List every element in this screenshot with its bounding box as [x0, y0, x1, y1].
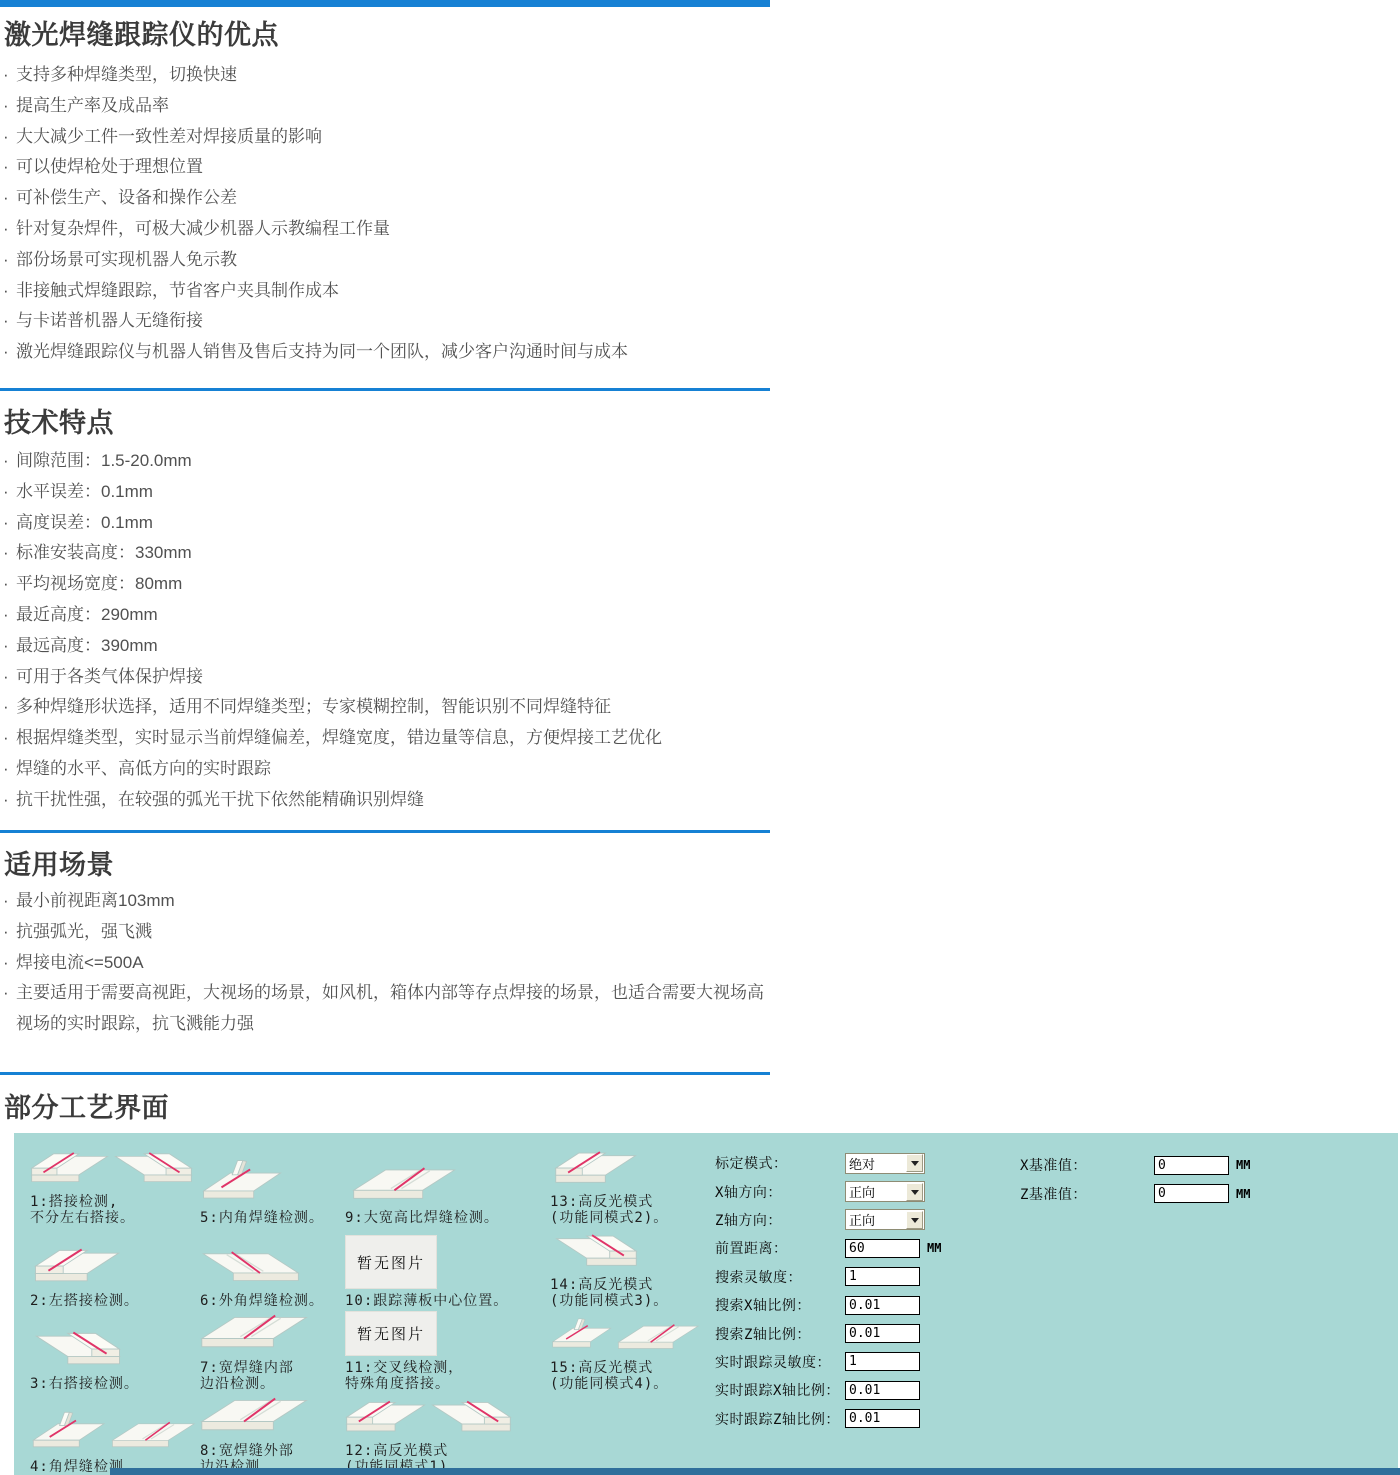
section-divider: [0, 388, 770, 391]
form-row: 前置距离： MM: [715, 1234, 941, 1262]
search-x-ratio-label: 搜索X轴比例：: [715, 1295, 845, 1315]
x-reference-label: X基准值：: [1020, 1155, 1154, 1175]
mode-column-2: 5:内角焊缝检测。 6:外角焊缝检测。 7:宽焊缝内部 边沿检测。 8:宽焊缝外…: [200, 1145, 345, 1475]
form-row: 标定模式： 绝对: [715, 1149, 941, 1177]
feature-item: 焊缝的水平、高低方向的实时跟踪: [2, 754, 772, 785]
weld-mode-item: 7:宽焊缝内部 边沿检测。: [200, 1311, 345, 1394]
feature-item: 多种焊缝形状选择，适用不同焊缝类型；专家模糊控制，智能识别不同焊缝特征: [2, 692, 772, 723]
search-sensitivity-input[interactable]: [845, 1267, 920, 1286]
weld-joint-thumbnail-icon: [200, 1156, 285, 1208]
unit-label: MM: [1236, 1158, 1250, 1172]
advantage-item: 针对复杂焊件，可极大减少机器人示教编程工作量: [2, 214, 772, 245]
feature-item: 标准安装高度：330mm: [2, 538, 772, 569]
form-row: 实时跟踪X轴比例：: [715, 1376, 941, 1404]
chevron-down-icon[interactable]: [906, 1183, 923, 1201]
section-divider: [0, 1072, 770, 1075]
advantage-item: 提高生产率及成品率: [2, 91, 772, 122]
mode-column-4: 13:高反光模式 (功能同模式2)。 14:高反光模式 (功能同模式3)。 15…: [550, 1145, 708, 1394]
weld-mode-item: 8:宽焊缝外部 边沿检测。: [200, 1394, 345, 1475]
weld-mode-item: 5:内角焊缝检测。: [200, 1145, 345, 1228]
advantages-list: 支持多种焊缝类型，切换快速 提高生产率及成品率 大大减少工件一致性差对焊接质量的…: [2, 60, 772, 368]
selected-value: 正向: [846, 1210, 905, 1229]
weld-mode-item: 暂无图片 10:跟踪薄板中心位置。: [345, 1228, 545, 1311]
search-sensitivity-label: 搜索灵敏度：: [715, 1267, 845, 1287]
weld-joint-thumbnail-icon: [30, 1407, 108, 1457]
no-image-placeholder: 暂无图片: [345, 1235, 437, 1289]
weld-joint-thumbnail-icon: [111, 1415, 197, 1457]
section-title-process-ui: 部分工艺界面: [4, 1086, 169, 1125]
feature-item: 可用于各类气体保护焊接: [2, 662, 772, 693]
weld-joint-thumbnail-icon: [200, 1391, 310, 1441]
weld-joint-thumbnail-icon: [430, 1395, 512, 1441]
scenario-item: 最小前视距离103mm: [2, 886, 772, 917]
mode-label: 2:左搭接检测。: [30, 1293, 198, 1309]
realtime-sensitivity-label: 实时跟踪灵敏度：: [715, 1352, 845, 1372]
scenario-item: 主要适用于需要高视距，大视场的场景，如风机，箱体内部等存点焊接的场景，也适合需要…: [2, 978, 772, 1040]
weld-joint-thumbnail-icon: [345, 1162, 465, 1208]
weld-joint-thumbnail-icon: [200, 1308, 310, 1358]
advantage-item: 部份场景可实现机器人免示教: [2, 245, 772, 276]
form-row: 实时跟踪Z轴比例：: [715, 1405, 941, 1433]
calibration-mode-label: 标定模式：: [715, 1153, 845, 1173]
x-axis-direction-label: X轴方向：: [715, 1182, 845, 1202]
unit-label: MM: [927, 1241, 941, 1255]
section-title-scenarios: 适用场景: [4, 843, 114, 882]
next-section-divider: [110, 1468, 1400, 1475]
weld-joint-thumbnail-icon: [550, 1312, 614, 1358]
search-x-ratio-input[interactable]: [845, 1296, 920, 1315]
feature-item: 最远高度：390mm: [2, 631, 772, 662]
lead-distance-label: 前置距离：: [715, 1238, 845, 1258]
advantage-item: 支持多种焊缝类型，切换快速: [2, 60, 772, 91]
search-z-ratio-label: 搜索Z轴比例：: [715, 1324, 845, 1344]
weld-mode-item: 2:左搭接检测。: [30, 1228, 198, 1311]
weld-mode-item: 9:大宽高比焊缝检测。: [345, 1145, 545, 1228]
weld-mode-item: 4:角焊缝检测。: [30, 1394, 198, 1475]
page: 激光焊缝跟踪仪的优点 支持多种焊缝类型，切换快速 提高生产率及成品率 大大减少工…: [0, 0, 1400, 1475]
scenarios-list: 最小前视距离103mm 抗强弧光，强飞溅 焊接电流<=500A 主要适用于需要高…: [2, 886, 772, 1040]
chevron-down-icon[interactable]: [906, 1211, 923, 1229]
form-row: 搜索Z轴比例：: [715, 1319, 941, 1347]
mode-label: 13:高反光模式 (功能同模式2)。: [550, 1194, 708, 1226]
z-axis-direction-label: Z轴方向：: [715, 1210, 845, 1230]
feature-item: 最近高度：290mm: [2, 600, 772, 631]
form-row: 实时跟踪灵敏度：: [715, 1348, 941, 1376]
weld-mode-item: 15:高反光模式 (功能同模式4)。: [550, 1311, 708, 1394]
weld-joint-thumbnail-icon: [113, 1146, 193, 1192]
weld-joint-thumbnail-icon: [617, 1318, 701, 1358]
form-row: X轴方向： 正向: [715, 1177, 941, 1205]
weld-joint-thumbnail-icon: [200, 1245, 300, 1291]
mode-label: 14:高反光模式 (功能同模式3)。: [550, 1277, 708, 1309]
x-axis-direction-select[interactable]: 正向: [845, 1181, 925, 1202]
form-row: 搜索灵敏度：: [715, 1263, 941, 1291]
process-interface-panel: 1:搭接检测, 不分左右搭接。 2:左搭接检测。 3:右搭接检测。 4:: [14, 1133, 1398, 1475]
realtime-x-ratio-input[interactable]: [845, 1381, 920, 1400]
selected-value: 正向: [846, 1182, 905, 1201]
z-axis-direction-select[interactable]: 正向: [845, 1209, 925, 1230]
mode-label: 7:宽焊缝内部 边沿检测。: [200, 1360, 345, 1392]
advantage-item: 激光焊缝跟踪仪与机器人销售及售后支持为同一个团队，减少客户沟通时间与成本: [2, 337, 772, 368]
realtime-x-ratio-label: 实时跟踪X轴比例：: [715, 1380, 845, 1400]
realtime-z-ratio-input[interactable]: [845, 1409, 920, 1428]
feature-item: 高度误差：0.1mm: [2, 508, 772, 539]
advantage-item: 可以使焊枪处于理想位置: [2, 152, 772, 183]
x-reference-input[interactable]: [1154, 1156, 1229, 1175]
feature-item: 平均视场宽度：80mm: [2, 569, 772, 600]
settings-form-right: X基准值： MM Z基准值： MM: [1020, 1151, 1250, 1208]
feature-item: 根据焊缝类型，实时显示当前焊缝偏差，焊缝宽度，错边量等信息，方便焊接工艺优化: [2, 723, 772, 754]
form-row: Z基准值： MM: [1020, 1179, 1250, 1207]
mode-column-3: 9:大宽高比焊缝检测。 暂无图片 10:跟踪薄板中心位置。 暂无图片 11:交叉…: [345, 1145, 545, 1475]
z-reference-input[interactable]: [1154, 1184, 1229, 1203]
selected-value: 绝对: [846, 1154, 905, 1173]
features-list: 间隙范围：1.5-20.0mm 水平误差：0.1mm 高度误差：0.1mm 标准…: [2, 446, 772, 816]
feature-item: 水平误差：0.1mm: [2, 477, 772, 508]
section-title-advantages: 激光焊缝跟踪仪的优点: [4, 13, 279, 52]
mode-label: 10:跟踪薄板中心位置。: [345, 1293, 545, 1309]
unit-label: MM: [1236, 1187, 1250, 1201]
advantage-item: 可补偿生产、设备和操作公差: [2, 183, 772, 214]
lead-distance-input[interactable]: [845, 1239, 920, 1258]
advantage-item: 非接触式焊缝跟踪，节省客户夹具制作成本: [2, 276, 772, 307]
weld-joint-thumbnail-icon: [550, 1146, 642, 1192]
weld-mode-item: 3:右搭接检测。: [30, 1311, 198, 1394]
weld-joint-thumbnail-icon: [550, 1229, 642, 1275]
scenario-item: 抗强弧光，强飞溅: [2, 917, 772, 948]
feature-item: 间隙范围：1.5-20.0mm: [2, 446, 772, 477]
weld-joint-thumbnail-icon: [30, 1243, 125, 1291]
weld-mode-item: 6:外角焊缝检测。: [200, 1228, 345, 1311]
weld-joint-thumbnail-icon: [30, 1326, 125, 1374]
advantage-item: 与卡诺普机器人无缝衔接: [2, 306, 772, 337]
mode-label: 9:大宽高比焊缝检测。: [345, 1210, 545, 1226]
realtime-z-ratio-label: 实时跟踪Z轴比例：: [715, 1409, 845, 1429]
settings-form-left: 标定模式： 绝对 X轴方向： 正向 Z轴方向： 正向: [715, 1149, 941, 1433]
search-z-ratio-input[interactable]: [845, 1324, 920, 1343]
no-image-placeholder: 暂无图片: [345, 1311, 437, 1356]
z-reference-label: Z基准值：: [1020, 1184, 1154, 1204]
form-row: Z轴方向： 正向: [715, 1206, 941, 1234]
section-divider: [0, 830, 770, 833]
mode-label: 15:高反光模式 (功能同模式4)。: [550, 1360, 708, 1392]
form-row: 搜索X轴比例：: [715, 1291, 941, 1319]
form-row: X基准值： MM: [1020, 1151, 1250, 1179]
scenario-item: 焊接电流<=500A: [2, 948, 772, 979]
weld-mode-item: 1:搭接检测, 不分左右搭接。: [30, 1145, 198, 1228]
mode-label: 1:搭接检测, 不分左右搭接。: [30, 1194, 198, 1226]
weld-mode-item: 14:高反光模式 (功能同模式3)。: [550, 1228, 708, 1311]
mode-label: 11:交叉线检测， 特殊角度搭接。: [345, 1360, 545, 1392]
weld-mode-item: 暂无图片 11:交叉线检测， 特殊角度搭接。: [345, 1311, 545, 1394]
top-accent-bar: [0, 0, 770, 7]
mode-label: 5:内角焊缝检测。: [200, 1210, 345, 1226]
chevron-down-icon[interactable]: [906, 1154, 923, 1172]
calibration-mode-select[interactable]: 绝对: [845, 1153, 925, 1174]
weld-mode-item: 13:高反光模式 (功能同模式2)。: [550, 1145, 708, 1228]
realtime-sensitivity-input[interactable]: [845, 1352, 920, 1371]
mode-column-1: 1:搭接检测, 不分左右搭接。 2:左搭接检测。 3:右搭接检测。 4:: [30, 1145, 198, 1475]
feature-item: 抗干扰性强，在较强的弧光干扰下依然能精确识别焊缝: [2, 785, 772, 816]
mode-label: 3:右搭接检测。: [30, 1376, 198, 1392]
section-title-features: 技术特点: [4, 401, 114, 440]
weld-mode-item: 12:高反光模式 (功能同模式1)。: [345, 1394, 545, 1475]
mode-label: 6:外角焊缝检测。: [200, 1293, 345, 1309]
weld-joint-thumbnail-icon: [345, 1395, 427, 1441]
weld-joint-thumbnail-icon: [30, 1146, 110, 1192]
advantage-item: 大大减少工件一致性差对焊接质量的影响: [2, 122, 772, 153]
